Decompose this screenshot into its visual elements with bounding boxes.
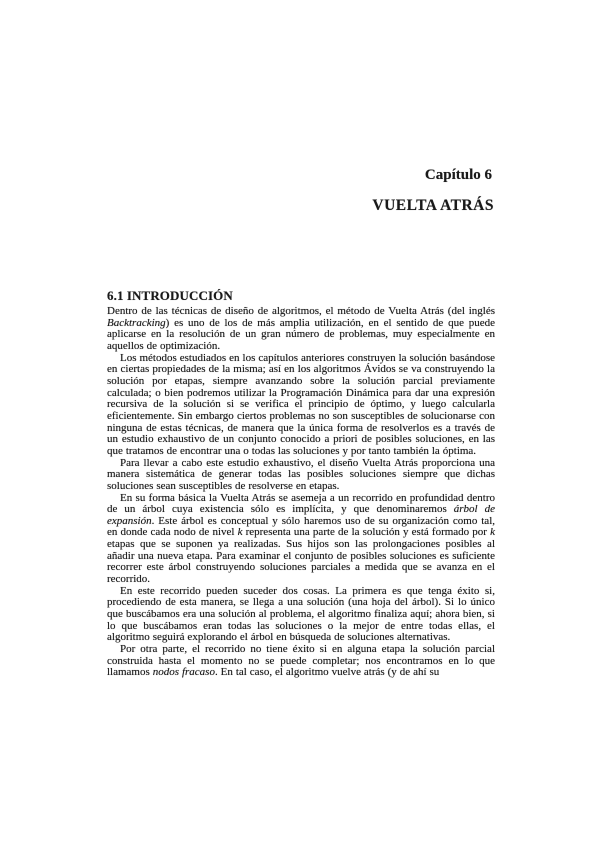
- book-page: Capítulo 6 VUELTA ATRÁS 6.1 INTRODUCCIÓN…: [0, 0, 599, 848]
- paragraph: En este recorrido pueden suceder dos cos…: [107, 586, 495, 644]
- text-run: Para llevar a cabo este estudio exhausti…: [107, 457, 495, 492]
- paragraph: Por otra parte, el recorrido no tiene éx…: [107, 644, 495, 679]
- text-run: Los métodos estudiados en los capítulos …: [107, 352, 495, 457]
- text-run: Dentro de las técnicas de diseño de algo…: [107, 305, 495, 317]
- text-run: ) es uno de los de más amplia utilizació…: [107, 317, 495, 352]
- paragraph: Para llevar a cabo este estudio exhausti…: [107, 458, 495, 493]
- paragraph: Los métodos estudiados en los capítulos …: [107, 353, 495, 458]
- text-run: etapas que se suponen ya realizadas. Sus…: [107, 538, 495, 585]
- italic-run: nodos fracaso: [153, 666, 215, 678]
- section-heading: 6.1 INTRODUCCIÓN: [107, 288, 233, 304]
- body-text: Dentro de las técnicas de diseño de algo…: [107, 306, 495, 679]
- chapter-title: VUELTA ATRÁS: [107, 197, 494, 215]
- paragraph: En su forma básica la Vuelta Atrás se as…: [107, 493, 495, 586]
- text-run: . En tal caso, el algoritmo vuelve atrás…: [215, 666, 439, 678]
- text-run: En este recorrido pueden suceder dos cos…: [107, 585, 495, 644]
- text-run: representa una parte de la solución y es…: [242, 526, 490, 538]
- italic-run: k: [490, 526, 495, 538]
- italic-run: Backtracking: [107, 317, 166, 329]
- paragraph: Dentro de las técnicas de diseño de algo…: [107, 306, 495, 353]
- chapter-label: Capítulo 6: [107, 167, 492, 184]
- text-run: En su forma básica la Vuelta Atrás se as…: [107, 492, 495, 516]
